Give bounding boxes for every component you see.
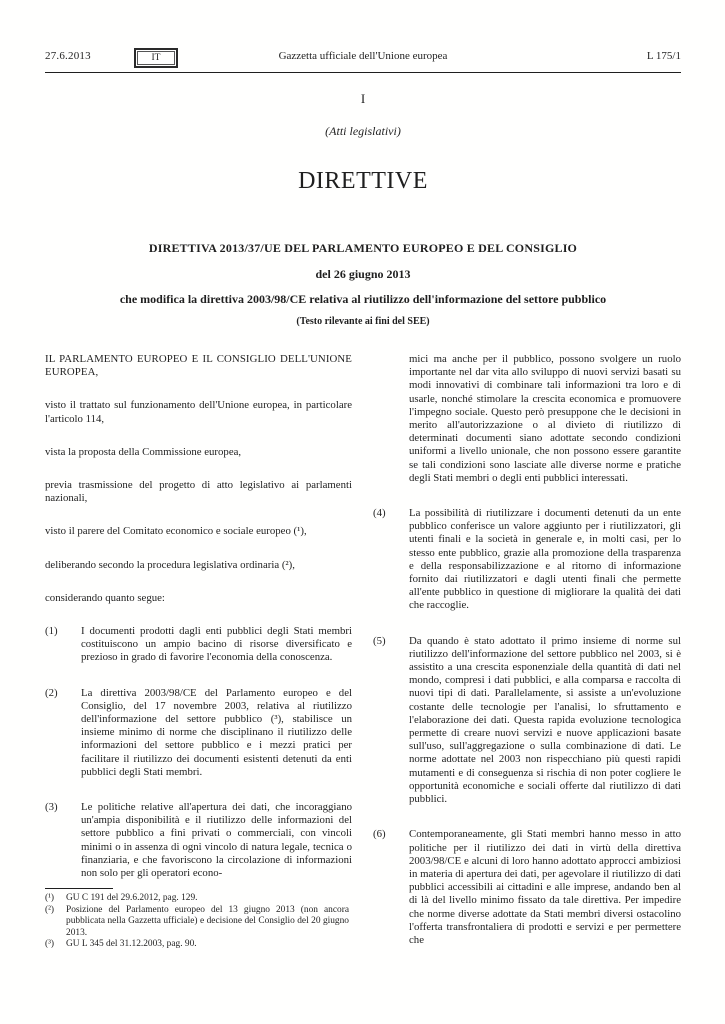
- footnote-3: (³) GU L 345 del 31.12.2003, pag. 90.: [45, 939, 349, 951]
- official-journal-page: 27.6.2013 IT Gazzetta ufficiale dell'Uni…: [0, 0, 725, 1024]
- recital-number: (2): [45, 687, 81, 779]
- section-subtitle: (Atti legislativi): [45, 124, 681, 139]
- recital-number: (3): [45, 801, 81, 880]
- preamble-lead-in: considerando quanto segue:: [45, 592, 352, 605]
- footnote-2: (²) Posizione del Parlamento europeo del…: [45, 905, 349, 940]
- recital-6: (6) Contemporaneamente, gli Stati membri…: [373, 828, 681, 947]
- footnote-1: (¹) GU C 191 del 29.6.2012, pag. 129.: [45, 893, 349, 905]
- footnotes-block: (¹) GU C 191 del 29.6.2012, pag. 129. (²…: [45, 888, 349, 951]
- footnote-text: Posizione del Parlamento europeo del 13 …: [66, 905, 349, 940]
- recital-4: (4) La possibilità di riutilizzare i doc…: [373, 507, 681, 613]
- recital-number: (4): [373, 507, 409, 613]
- recital-text: I documenti prodotti dagli enti pubblici…: [81, 625, 352, 665]
- footnote-marker: (³): [45, 939, 66, 951]
- recital-2: (2) La direttiva 2003/98/CE del Parlamen…: [45, 687, 352, 779]
- recital-number: (1): [45, 625, 81, 665]
- journal-title: Gazzetta ufficiale dell'Unione europea: [45, 50, 681, 62]
- footnote-text: GU C 191 del 29.6.2012, pag. 129.: [66, 893, 349, 905]
- page-reference: L 175/1: [647, 50, 681, 62]
- recital-text: Contemporaneamente, gli Stati membri han…: [409, 828, 681, 947]
- preamble-citation: visto il parere del Comitato economico e…: [45, 525, 352, 538]
- preamble-citation: vista la proposta della Commissione euro…: [45, 446, 352, 459]
- footnote-text: GU L 345 del 31.12.2003, pag. 90.: [66, 939, 349, 951]
- recital-text: Da quando è stato adottato il primo insi…: [409, 635, 681, 807]
- recital-text: La possibilità di riutilizzare i documen…: [409, 507, 681, 613]
- page-header: 27.6.2013 IT Gazzetta ufficiale dell'Uni…: [45, 48, 681, 68]
- section-number: I: [45, 91, 681, 107]
- act-relevance-note: (Testo rilevante ai fini del SEE): [45, 316, 681, 327]
- header-divider: [45, 72, 681, 73]
- preamble-citation: visto il trattato sul funzionamento dell…: [45, 399, 352, 425]
- recital-text: La direttiva 2003/98/CE del Parlamento e…: [81, 687, 352, 779]
- footnote-divider: [45, 888, 113, 889]
- recital-3: (3) Le politiche relative all'apertura d…: [45, 801, 352, 880]
- recital-1: (1) I documenti prodotti dagli enti pubb…: [45, 625, 352, 665]
- recital-number: (6): [373, 828, 409, 947]
- preamble-citation: deliberando secondo la procedura legisla…: [45, 559, 352, 572]
- recital-number: (5): [373, 635, 409, 807]
- preamble-parties: IL PARLAMENTO EUROPEO E IL CONSIGLIO DEL…: [45, 353, 352, 379]
- act-title: DIRETTIVA 2013/37/UE DEL PARLAMENTO EURO…: [45, 241, 681, 256]
- footnote-marker: (²): [45, 905, 66, 940]
- recital-3-continuation: mici ma anche per il pubblico, possono s…: [409, 353, 681, 485]
- recital-5: (5) Da quando è stato adottato il primo …: [373, 635, 681, 807]
- act-subject-line: che modifica la direttiva 2003/98/CE rel…: [45, 292, 681, 307]
- act-date-line: del 26 giugno 2013: [45, 267, 681, 282]
- section-heading: DIRETTIVE: [45, 168, 681, 195]
- body-columns: IL PARLAMENTO EUROPEO E IL CONSIGLIO DEL…: [45, 353, 681, 947]
- preamble-citation: previa trasmissione del progetto di atto…: [45, 479, 352, 505]
- footnote-marker: (¹): [45, 893, 66, 905]
- recital-text: Le politiche relative all'apertura dei d…: [81, 801, 352, 880]
- left-column: IL PARLAMENTO EUROPEO E IL CONSIGLIO DEL…: [45, 353, 352, 947]
- right-column: mici ma anche per il pubblico, possono s…: [373, 353, 681, 947]
